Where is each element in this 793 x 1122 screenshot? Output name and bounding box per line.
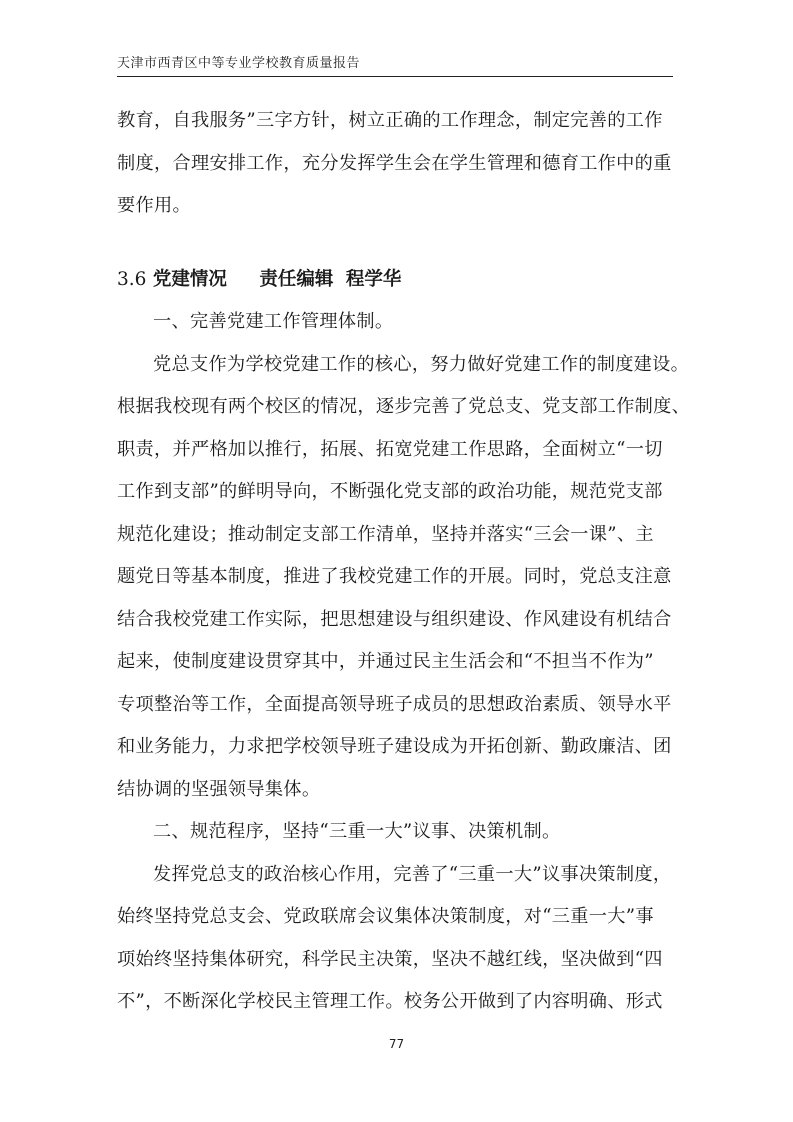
continued-paragraph: 教育，自我服务”三字方针，树立正确的工作理念，制定完善的工作 制度，合理安排工作…	[117, 100, 677, 228]
text-line: 职责，并严格加以推行，拓展、拓宽党建工作思路，全面树立“一切	[117, 429, 677, 472]
text-line: 要作用。	[117, 185, 677, 228]
text-line: 始终坚持党总支会、党政联席会议集体决策制度，对“三重一大”事	[117, 896, 677, 939]
editor-name: 程学华	[346, 269, 402, 290]
section-number: 3.6	[117, 269, 146, 290]
subsection-1: 一、完善党建工作管理体制。 党总支作为学校党建工作的核心，努力做好党建工作的制度…	[117, 301, 677, 811]
editor-label: 责任编辑	[259, 269, 333, 290]
text-line: 项始终坚持集体研究，科学民主决策，坚决不越红线，坚决做到“四	[117, 939, 677, 982]
text-line: 工作到支部”的鲜明导向，不断强化党支部的政治功能，规范党支部	[117, 471, 677, 514]
report-title: 天津市西青区中等专业学校教育质量报告	[117, 56, 673, 72]
text-line: 题党日等基本制度，推进了我校党建工作的开展。同时，党总支注意	[117, 556, 677, 599]
running-header: 天津市西青区中等专业学校教育质量报告	[117, 56, 673, 77]
text-line: 党总支作为学校党建工作的核心，努力做好党建工作的制度建设。	[117, 344, 677, 387]
subsection-heading: 二、规范程序，坚持“三重一大”议事、决策机制。	[117, 811, 677, 854]
text-line: 发挥党总支的政治核心作用，完善了“三重一大”议事决策制度，	[117, 854, 677, 897]
text-line: 不”，不断深化学校民主管理工作。校务公开做到了内容明确、形式	[117, 981, 677, 1024]
subsection-2: 二、规范程序，坚持“三重一大”议事、决策机制。 发挥党总支的政治核心作用，完善了…	[117, 811, 677, 1024]
text-line: 结合我校党建工作实际，把思想建设与组织建设、作风建设有机结合	[117, 599, 677, 642]
text-line: 根据我校现有两个校区的情况，逐步完善了党总支、党支部工作制度、	[117, 386, 677, 429]
section-title: 党建情况	[153, 269, 227, 290]
text-line: 规范化建设；推动制定支部工作清单，坚持并落实“三会一课”、主	[117, 514, 677, 557]
text-line: 教育，自我服务”三字方针，树立正确的工作理念，制定完善的工作	[117, 100, 677, 143]
text-line: 结协调的坚强领导集体。	[117, 769, 677, 812]
section-heading: 3.6 党建情况 责任编辑 程学华	[117, 259, 677, 302]
text-line: 起来，使制度建设贯穿其中，并通过民主生活会和“不担当不作为”	[117, 641, 677, 684]
subsection-heading: 一、完善党建工作管理体制。	[117, 301, 677, 344]
text-line: 和业务能力，力求把学校领导班子建设成为开拓创新、勤政廉洁、团	[117, 726, 677, 769]
page-number: 77	[0, 1037, 793, 1051]
page-body: 教育，自我服务”三字方针，树立正确的工作理念，制定完善的工作 制度，合理安排工作…	[117, 100, 677, 1024]
text-line: 制度，合理安排工作，充分发挥学生会在学生管理和德育工作中的重	[117, 143, 677, 186]
text-line: 专项整治等工作，全面提高领导班子成员的思想政治素质、领导水平	[117, 684, 677, 727]
